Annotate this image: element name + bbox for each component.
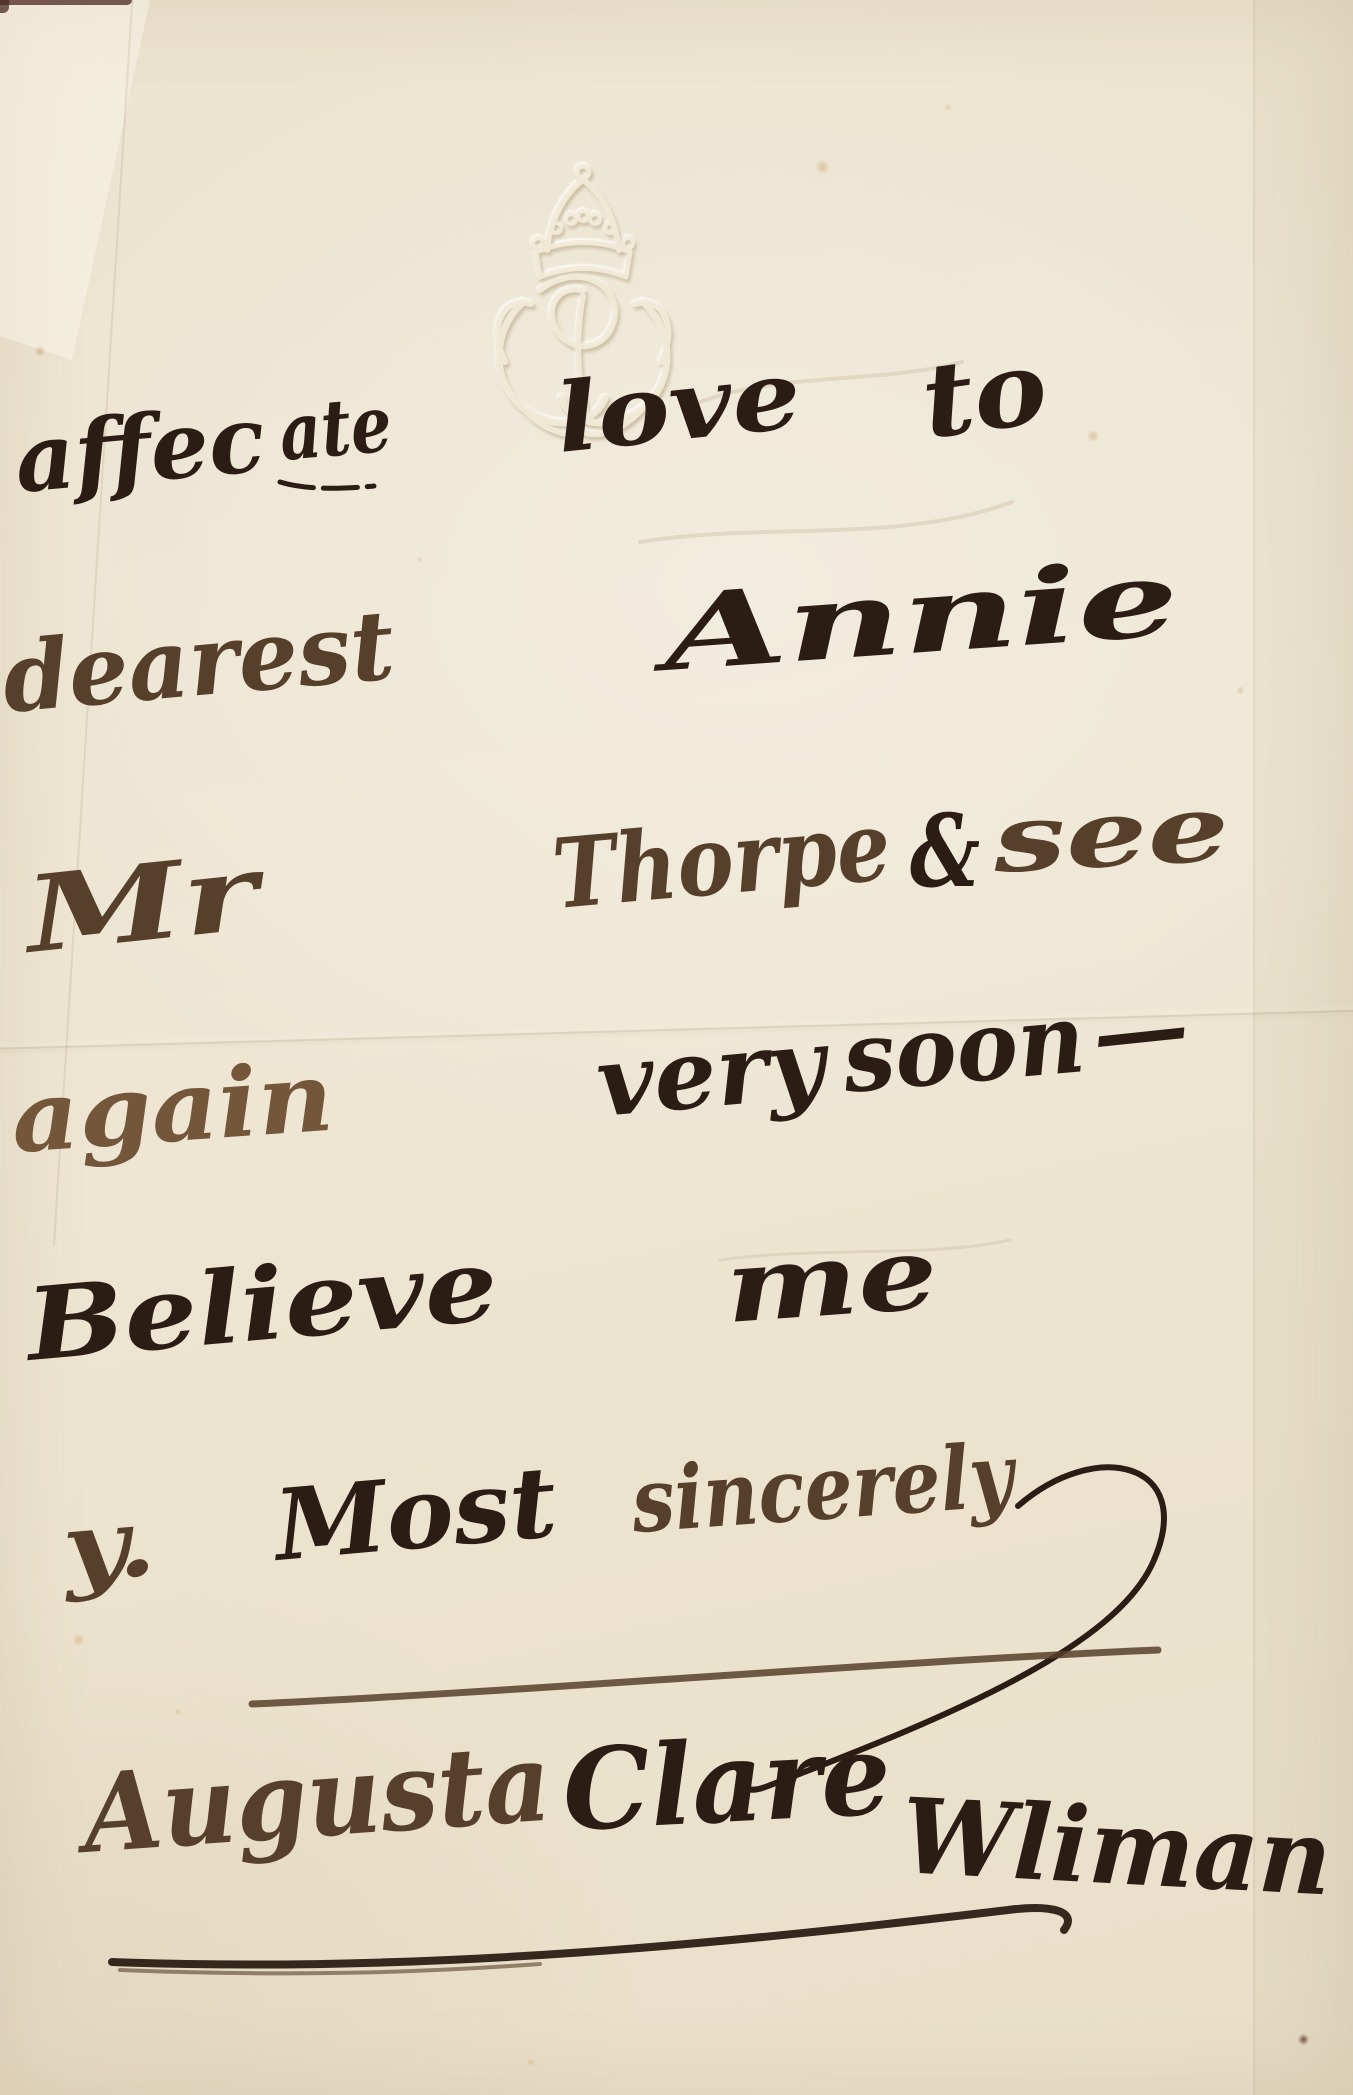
handwriting-line-5: Believe me <box>18 1213 941 1384</box>
handwriting-line-1: affec ate love to <box>11 327 1055 514</box>
handwritten-word: Annie <box>645 536 1182 696</box>
signature-word: Augusta <box>71 1720 555 1879</box>
handwriting-line-3: Mr Thorpe & see <box>16 774 1232 978</box>
handwritten-word: Believe <box>18 1225 502 1384</box>
ate-underline <box>280 482 374 488</box>
handwritten-word: love <box>551 339 806 475</box>
signature-word: Clare <box>560 1709 894 1857</box>
handwritten-word: affec <box>11 385 269 514</box>
handwritten-dash: — <box>1087 972 1194 1087</box>
handwriting-line-2: dearest Annie <box>0 536 1182 735</box>
handwritten-word: see <box>989 774 1232 894</box>
handwritten-word: Most <box>267 1445 561 1584</box>
handwritten-word: soon <box>837 981 1089 1115</box>
handwritten-word: Mr <box>16 828 273 977</box>
handwritten-word: very <box>592 1006 835 1139</box>
handwritten-word: & <box>910 792 980 910</box>
handwritten-word: to <box>915 327 1054 463</box>
handwritten-word: ate <box>276 379 396 479</box>
handwriting: affec ate love to dearest Annie Mr Thorp… <box>0 0 1353 2095</box>
handwritten-word: Thorpe <box>548 789 895 931</box>
handwritten-word: y. <box>56 1486 160 1605</box>
handwritten-word: again <box>8 1040 337 1175</box>
handwritten-word: dearest <box>0 588 399 735</box>
handwriting-line-4: again very soon — <box>8 972 1194 1175</box>
signature-underline <box>112 1908 1068 1965</box>
signature: Augusta Clare Wliman <box>71 1709 1335 1973</box>
signature-word: Wliman <box>899 1774 1335 1919</box>
letter-page: affec ate love to dearest Annie Mr Thorp… <box>0 0 1353 2095</box>
handwritten-word: sincerely <box>627 1422 1021 1553</box>
handwritten-word: me <box>721 1213 941 1346</box>
